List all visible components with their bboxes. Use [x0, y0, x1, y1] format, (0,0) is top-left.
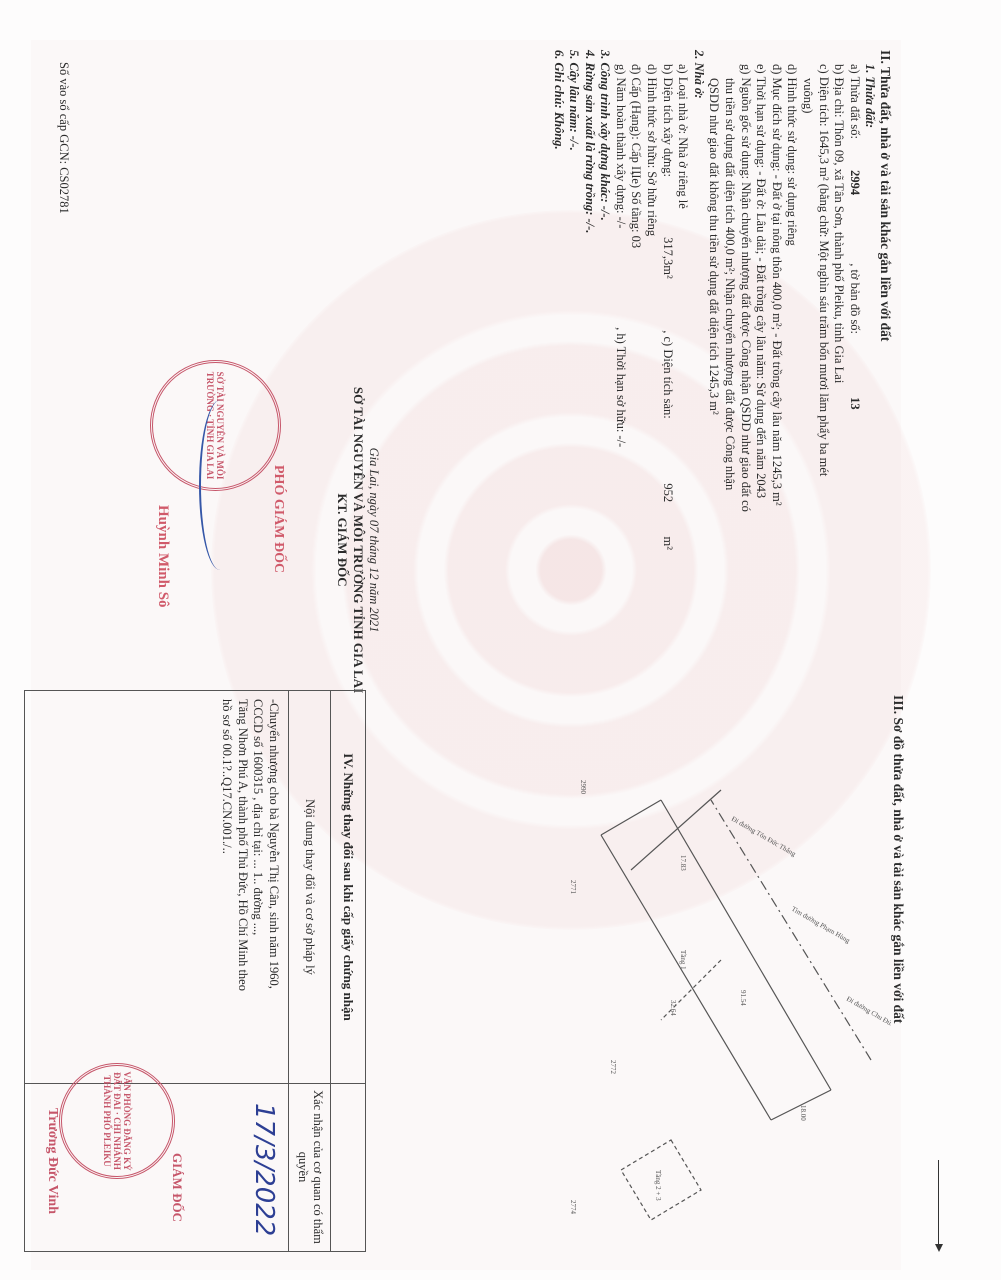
section-ii-title: II. Thửa đất, nhà ở và tài sản khác gắn … — [877, 50, 893, 650]
content-column: IV. Những thay đổi sau khi cấp giấy chứn… — [25, 691, 365, 1084]
svg-text:17.83: 17.83 — [679, 855, 687, 871]
perennial: 5. Cây lâu năm: -/-. — [566, 50, 582, 650]
signature-block: Gia Lai, ngày 07 tháng 12 năm 2021 SỞ TÀ… — [334, 360, 381, 720]
svg-text:2990: 2990 — [579, 780, 587, 795]
address: b) Địa chỉ: Thôn 09, xã Tân Sơn, thành p… — [831, 50, 847, 650]
change-entry: -Chuyển nhượng cho bà Nguyễn Thị Cân, si… — [219, 699, 281, 1075]
origin-2: thu tiền sử dụng đất diện tích 400,0 m²;… — [721, 50, 737, 650]
parcel-no-label: a) Thửa đất số: — [848, 64, 862, 139]
section-iv-title: IV. Những thay đổi sau khi cấp giấy chứn… — [330, 691, 365, 1083]
issue-date: Gia Lai, ngày 07 tháng 12 năm 2021 — [366, 360, 381, 720]
svg-text:Đi đường Chu Đức Tú: Đi đường Chu Đức Tú — [845, 995, 891, 1034]
grade-row: đ) Cấp (Hạng): Cấp III , e) Số tầng: 03 — [628, 50, 644, 650]
other-works: 3. Công trình xây dựng khác: -/-. — [597, 50, 613, 650]
floor-area: 952 — [659, 483, 675, 533]
issuing-org: SỞ TÀI NGUYÊN VÀ MÔI TRƯỜNG TỈNH GIA LAI — [350, 360, 366, 720]
on-behalf: KT. GIÁM ĐỐC — [334, 360, 350, 720]
certificate-page: II. Thửa đất, nhà ở và tài sản khác gắn … — [0, 0, 1001, 1280]
svg-text:2772: 2772 — [609, 1060, 617, 1075]
svg-text:Tầng 1: Tầng 1 — [679, 950, 687, 970]
use-term: e) Thời hạn sử dụng: - Đất ở: Lâu dài; -… — [753, 50, 769, 650]
parcel-no: 2994 — [846, 170, 862, 260]
svg-text:18.00: 18.00 — [799, 1105, 807, 1121]
confirm-header: Xác nhận của cơ quan có thẩm quyền — [288, 1083, 331, 1251]
section-iii: III. Sơ đồ thửa đất, nhà ở và tài sản kh… — [890, 695, 906, 1255]
svg-text:32.64: 32.64 — [669, 1000, 677, 1016]
svg-text:91.54: 91.54 — [739, 990, 747, 1006]
floors: , e) Số tầng: 03 — [630, 172, 644, 248]
deputy-title: PHÓ GIÁM ĐỐC — [270, 465, 286, 573]
svg-text:Tầng 2 + 3: Tầng 2 + 3 — [654, 1170, 662, 1201]
signature-scrawl-icon — [199, 400, 241, 570]
house-type: a) Loại nhà ở: Nhà ở riêng lẻ — [675, 50, 691, 650]
parcel-diagram: Đi đường Tôn Đức Thắng Tim đường Phạm Hù… — [491, 760, 891, 1240]
confirm-column: Xác nhận của cơ quan có thẩm quyền 17/3/… — [25, 1083, 365, 1251]
changes-table: IV. Những thay đổi sau khi cấp giấy chứn… — [24, 690, 366, 1252]
map-sheet-label: , tờ bản đồ số: — [848, 263, 862, 334]
area-cont: vuông) — [799, 50, 815, 650]
confirm-signer: Trương Đức Vinh — [44, 1108, 60, 1214]
map-sheet: 13 — [848, 397, 862, 410]
ownership: d) Hình thức sở hữu: Sở hữu riêng — [644, 50, 660, 650]
section-ii: II. Thửa đất, nhà ở và tài sản khác gắn … — [550, 50, 893, 650]
svg-text:2771: 2771 — [569, 880, 577, 895]
content-header: Nội dung thay đổi và cơ sở pháp lý — [288, 691, 331, 1083]
planted-forest: 4. Rừng sản xuất là rừng trồng: -/-. — [581, 50, 597, 650]
land-heading: 1. Thửa đất: — [862, 50, 878, 650]
confirm-position: GIÁM ĐỐC — [169, 1153, 185, 1222]
parcel-row: a) Thửa đất số: 2994 , tờ bản đồ số: 13 — [846, 50, 862, 650]
area: c) Diện tích: 1645,3 m² (bằng chữ: Một n… — [815, 50, 831, 650]
signer-name: Huỳnh Minh Sô — [154, 505, 171, 608]
build-area-row: b) Diện tích xây dựng: 317,3m² , c) Diện… — [659, 50, 675, 650]
confirm-date: 17/3/2022 — [249, 1103, 279, 1236]
completion-row: g) Năm hoàn thành xây dựng: -/- , h) Thờ… — [612, 50, 628, 650]
use-purpose: đ) Mục đích sử dụng: - Đất ở tại nông th… — [768, 50, 784, 650]
house-heading: 2. Nhà ở: — [690, 50, 706, 650]
origin-1: g) Nguồn gốc sử dụng: Nhận chuyển nhượng… — [737, 50, 753, 650]
build-area: 317,3m² — [659, 237, 675, 327]
use-form: d) Hình thức sử dụng: sử dụng riêng — [784, 50, 800, 650]
svg-text:Tim đường Phạm Hùng: Tim đường Phạm Hùng — [790, 905, 852, 945]
origin-3: QSDD như giao đất không thu tiền sử dụng… — [706, 50, 722, 650]
svg-text:Đi đường Tôn Đức Thắng: Đi đường Tôn Đức Thắng — [730, 815, 798, 859]
branch-seal-icon: VĂN PHÒNG ĐĂNG KÝ ĐẤT ĐAI · CHI NHÁNH TH… — [59, 1063, 175, 1179]
registry-number: Số vào sổ cấp GCN: CS02781 — [56, 62, 71, 214]
section-iii-title: III. Sơ đồ thửa đất, nhà ở và tài sản kh… — [890, 695, 906, 1255]
north-arrow-icon — [938, 1160, 939, 1250]
svg-text:2774: 2774 — [569, 1200, 577, 1215]
note: 6. Ghi chú: Không. — [550, 50, 566, 650]
